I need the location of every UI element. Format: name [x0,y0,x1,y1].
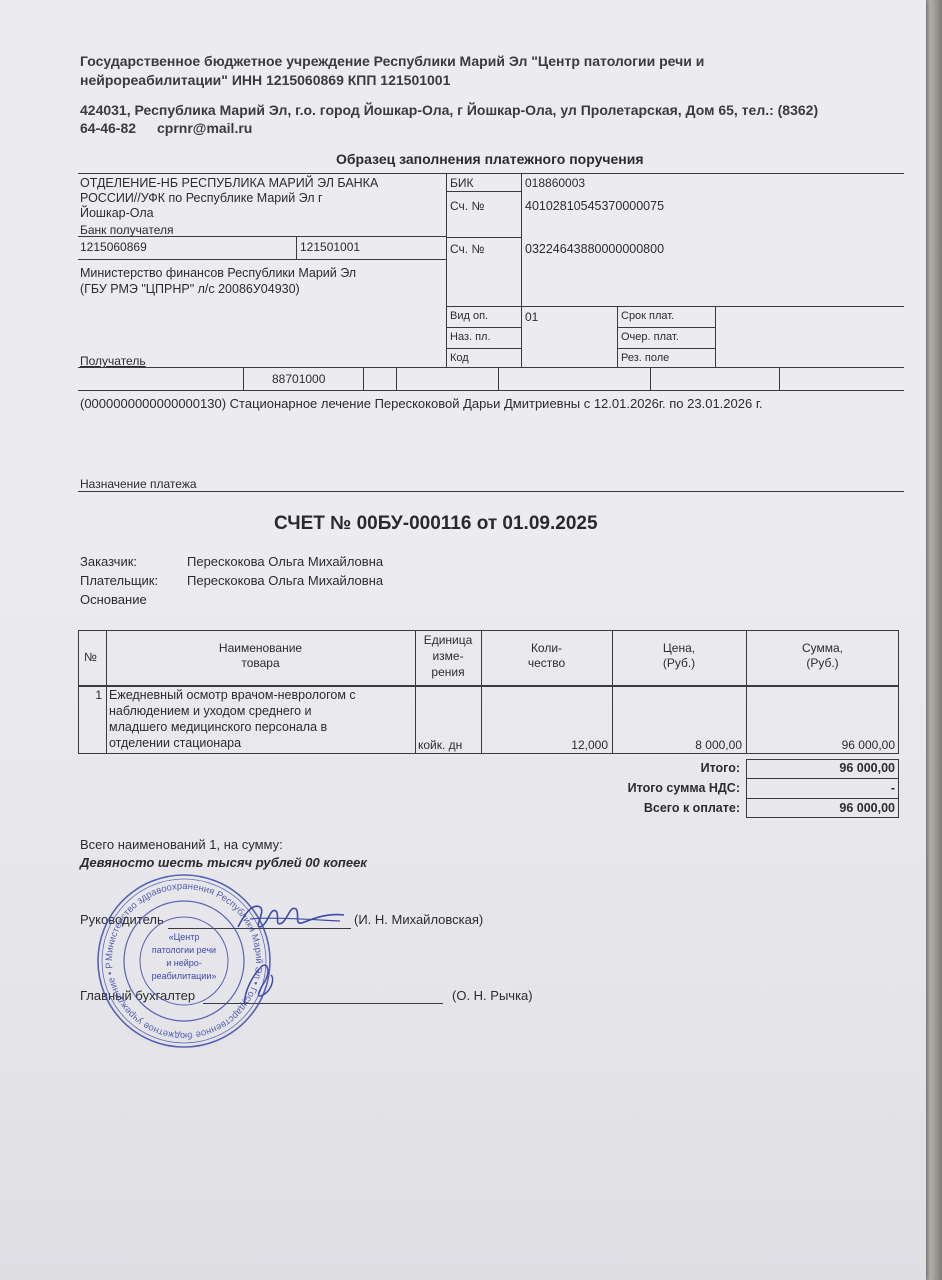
payer-value: Перескокова Ольга Михайловна [187,573,383,588]
row-name-line3: младшего медицинского персонала в [109,720,327,734]
divider [78,173,904,174]
account-value: 03224643880000000800 [525,242,664,256]
divider [779,367,780,390]
customer-label: Заказчик: [80,554,137,569]
stamp-inner-line4: реабилитации» [152,971,217,981]
divider [78,390,904,391]
invoice-title: СЧЕТ № 00БУ-000116 от 01.09.2025 [274,513,598,535]
row-num: 1 [84,688,102,702]
divider [363,367,364,390]
vat-label: Итого сумма НДС: [540,781,740,795]
col-header-price-2: (Руб.) [612,656,746,670]
amount-in-words: Девяносто шесть тысяч рублей 00 копеек [80,855,367,870]
divider [446,327,521,328]
bank-name-line2: РОССИИ//УФК по Республике Марий Эл г [80,191,323,205]
bik-value: 018860003 [525,176,585,190]
total-value: 96 000,00 [746,761,895,775]
oktmo-value: 88701000 [272,372,325,386]
divider [617,348,715,349]
divider [78,491,904,492]
divider [446,237,521,238]
items-count-summary: Всего наименований 1, на сумму: [80,837,283,852]
divider [617,306,618,368]
row-name-line4: отделении стационара [109,736,241,750]
divider [78,685,899,687]
row-name-line2: наблюдением и уходом среднего и [109,704,312,718]
divider [446,306,904,307]
col-header-unit-3: рения [415,665,481,679]
naz-pl-label: Наз. пл. [450,331,491,343]
divider [446,348,521,349]
col-header-sum-1: Сумма, [746,641,899,655]
row-quantity: 12,000 [481,738,608,752]
row-unit: койк. дн [418,738,462,752]
payment-purpose-label: Назначение платежа [80,477,197,491]
customer-value: Перескокова Ольга Михайловна [187,554,383,569]
divider [296,237,297,259]
bik-label: БИК [450,176,474,190]
org-email: cprnr@mail.ru [157,120,252,136]
col-header-unit-2: изме- [415,649,481,663]
corr-account-value: 40102810545370000075 [525,199,664,213]
divider [446,191,521,192]
account-label: Сч. № [450,242,484,256]
col-header-num: № [84,650,97,664]
kpp-value: 121501001 [300,240,360,254]
divider [243,367,244,390]
svg-text:Министерство здравоохранения Р: Министерство здравоохранения Республики … [95,872,264,1041]
row-sum: 96 000,00 [746,738,895,752]
corr-account-label: Сч. № [450,199,484,213]
rez-pole-label: Рез. поле [621,352,669,364]
org-name-line2: нейрореабилитации" ИНН 1215060869 КПП 12… [80,72,450,88]
bank-name-line1: ОТДЕЛЕНИЕ-НБ РЕСПУБЛИКА МАРИЙ ЭЛ БАНКА [80,176,378,190]
director-name: (И. Н. Михайловская) [354,912,483,927]
org-address-line1: 424031, Республика Марий Эл, г.о. город … [80,102,818,118]
col-header-name-1: Наименование [106,641,415,655]
stamp-inner-line3: и нейро- [166,958,202,968]
stamp-inner-line1: «Центр [169,932,200,942]
accountant-name: (О. Н. Рычка) [452,988,533,1003]
sample-title: Образец заполнения платежного поручения [336,151,644,167]
bank-label: Банк получателя [80,223,173,237]
recipient-line2: (ГБУ РМЭ "ЦПРНР" л/с 20086У04930) [80,282,300,296]
row-name-line1: Ежедневный осмотр врачом-неврологом с [109,688,356,702]
divider [617,327,715,328]
invoice-document: Государственное бюджетное учреждение Рес… [0,0,926,1280]
payment-purpose-text: (0000000000000000130) Стационарное лечен… [80,396,763,411]
vid-op-label: Вид оп. [450,310,488,322]
divider [78,367,904,368]
stamp-inner-line2: патологии речи [152,945,216,955]
col-header-unit-1: Единица [415,633,481,647]
org-phone: 64-46-82 [80,120,136,136]
vat-value: - [746,781,895,795]
divider [650,367,651,390]
col-header-name-2: товара [106,656,415,670]
basis-label: Основание [80,592,147,607]
org-name-line1: Государственное бюджетное учреждение Рес… [80,53,704,69]
kod-label: Код [450,352,469,364]
divider [446,173,447,367]
bank-name-line3: Йошкар-Ола [80,206,154,220]
recipient-line1: Министерство финансов Республики Марий Э… [80,266,356,280]
col-header-qty-1: Коли- [481,641,612,655]
vid-op-value: 01 [525,310,538,324]
divider [746,778,899,779]
grand-total-label: Всего к оплате: [540,801,740,815]
divider [715,306,716,368]
divider [396,367,397,390]
col-header-sum-2: (Руб.) [746,656,899,670]
inn-value: 1215060869 [80,240,147,254]
divider [521,173,522,367]
total-label: Итого: [540,761,740,775]
col-header-qty-2: чество [481,656,612,670]
recipient-label: Получатель [80,354,146,368]
payer-label: Плательщик: [80,573,158,588]
divider [78,259,446,260]
divider [498,367,499,390]
divider [746,798,899,799]
srok-plat-label: Срок плат. [621,310,674,322]
row-price: 8 000,00 [612,738,742,752]
grand-total-value: 96 000,00 [746,801,895,815]
col-header-price-1: Цена, [612,641,746,655]
organization-stamp: Министерство здравоохранения Республики … [95,872,273,1050]
ocher-plat-label: Очер. плат. [621,331,679,343]
